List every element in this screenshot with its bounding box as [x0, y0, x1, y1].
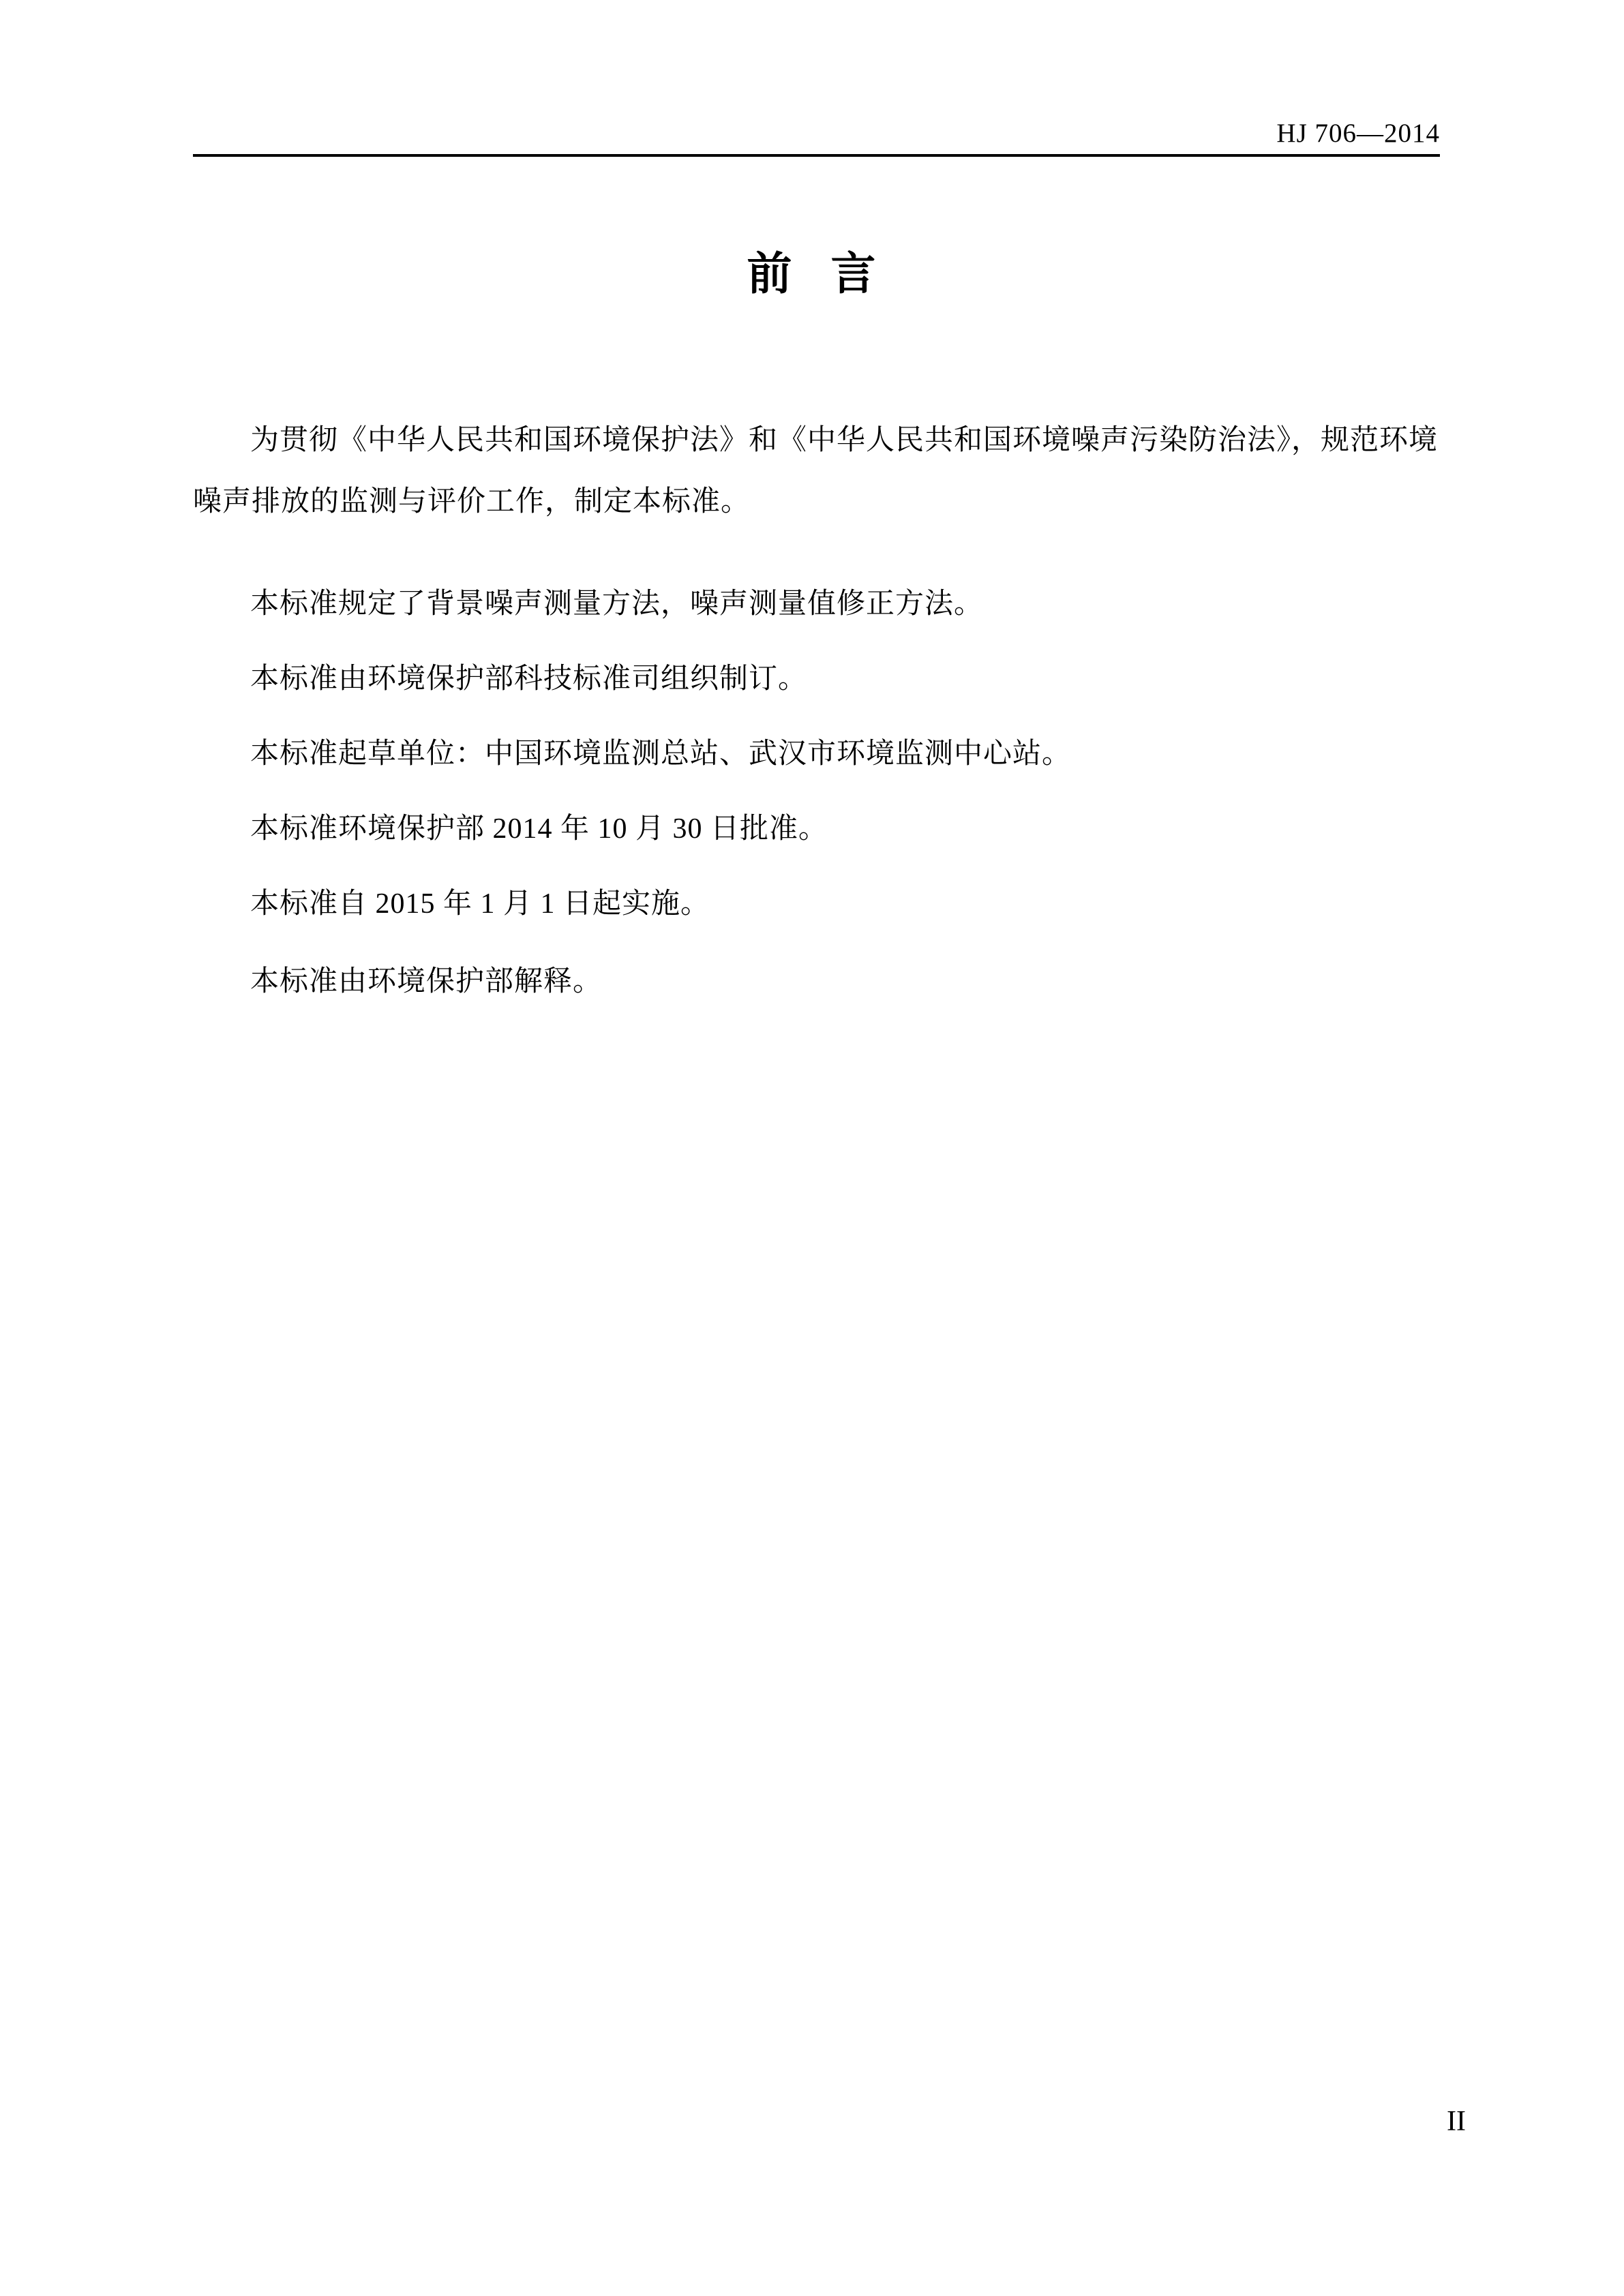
- body-line: 本标准由环境保护部解释。: [250, 964, 602, 999]
- body-line: 噪声排放的监测与评价工作，制定本标准。: [193, 484, 750, 519]
- body-line: 本标准起草单位：中国环境监测总站、武汉市环境监测中心站。: [250, 736, 1071, 772]
- page-title: 前 言: [0, 247, 1624, 301]
- body-line: 本标准环境保护部 2014 年 10 月 30 日批准。: [250, 811, 828, 847]
- body-line: 本标准由环境保护部科技标准司组织制订。: [250, 661, 807, 697]
- document-page: HJ 706—2014 前 言 为贯彻《中华人民共和国环境保护法》和《中华人民共…: [0, 0, 1624, 2296]
- page-number: II: [1447, 2105, 1466, 2138]
- body-line: 本标准规定了背景噪声测量方法，噪声测量值修正方法。: [250, 586, 983, 622]
- header-rule: [193, 154, 1440, 157]
- doc-number-header: HJ 706—2014: [1276, 119, 1440, 149]
- body-line: 为贯彻《中华人民共和国环境保护法》和《中华人民共和国环境噪声污染防治法》，规范环…: [250, 423, 1438, 458]
- body-line: 本标准自 2015 年 1 月 1 日起实施。: [250, 886, 710, 922]
